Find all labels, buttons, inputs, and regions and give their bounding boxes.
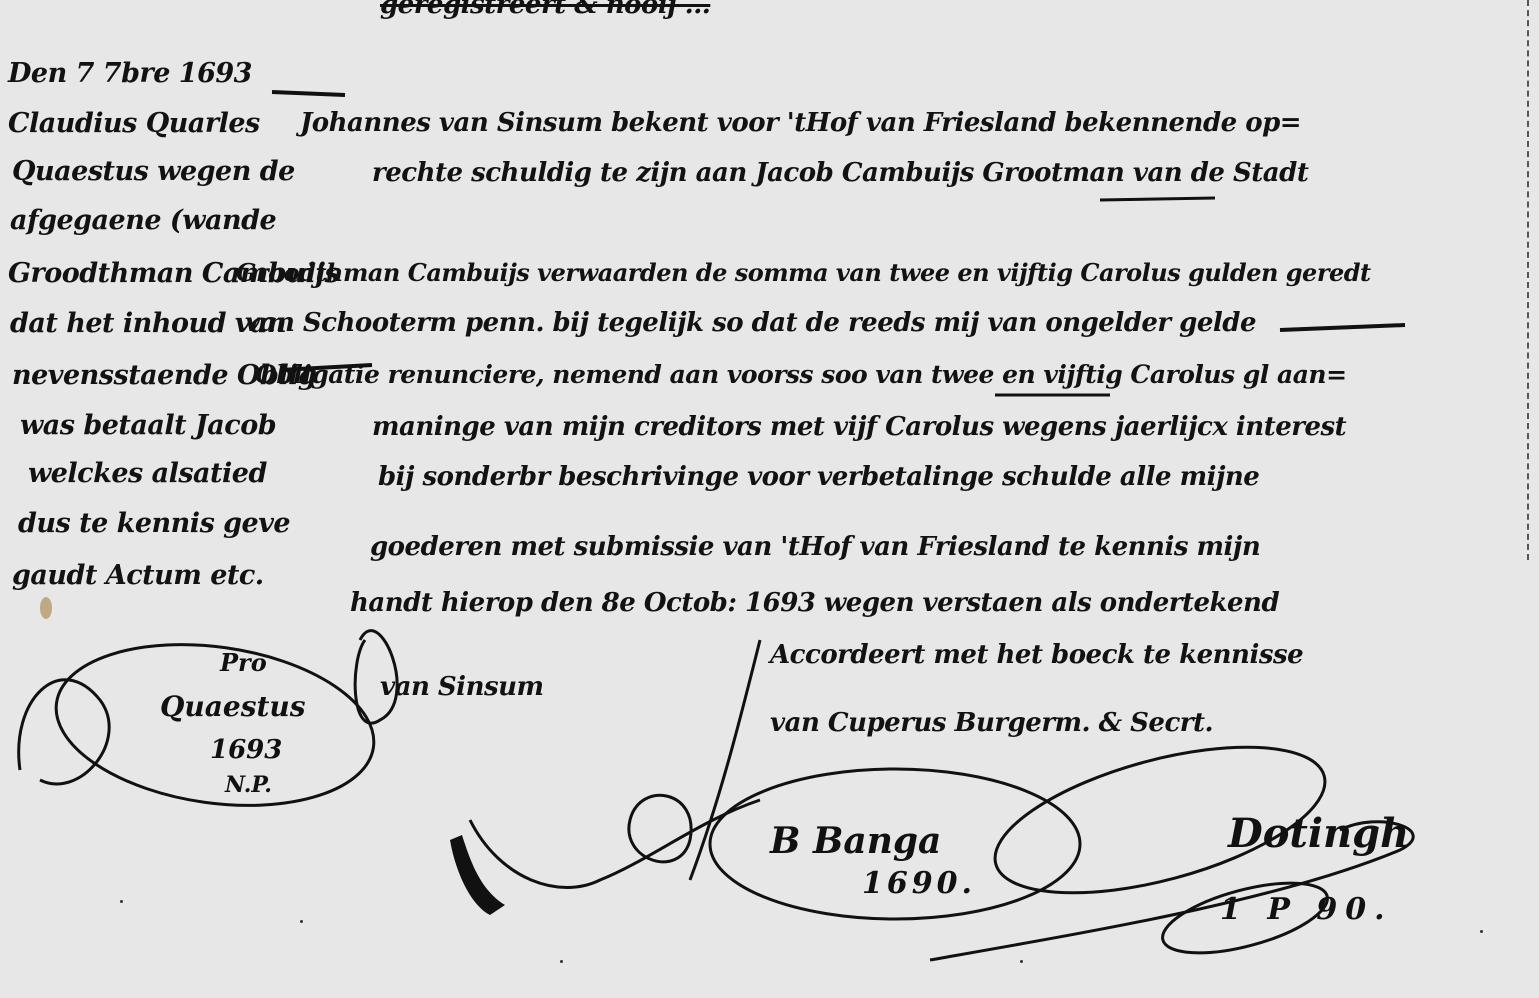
margin-line: afgegaene (wande (10, 205, 276, 236)
ink-speck (300, 920, 303, 923)
body-line: van Schooterm penn. bij tegelijk so dat … (245, 308, 1256, 338)
ink-speck (560, 960, 563, 963)
body-line: bij sonderbr beschrivinge voor verbetali… (378, 462, 1259, 492)
seal-text: Pro (220, 648, 267, 677)
margin-line: was betaalt Jacob (20, 410, 276, 441)
paper-stain (40, 597, 52, 619)
body-line: handt hierop den 8e Octob: 1693 wegen ve… (350, 588, 1279, 618)
header-fragment: geregistreert & nooij ... (380, 0, 710, 20)
attestation-line: van Cuperus Burgerm. & Secrt. (770, 708, 1213, 738)
margin-line: welckes alsatied (28, 458, 267, 489)
margin-line: Quaestus wegen de (12, 156, 295, 187)
ink-speck (1480, 930, 1483, 933)
body-line: Obligatie renunciere, nemend aan voorss … (255, 360, 1347, 389)
body-line: rechte schuldig te zijn aan Jacob Cambui… (372, 158, 1308, 188)
seal-text: 1690. (862, 866, 976, 901)
ink-speck (1020, 960, 1023, 963)
seal-text: N.P. (225, 772, 272, 798)
body-signature: van Sinsum (380, 672, 544, 702)
seal-text: Dotingh (1228, 810, 1409, 857)
body-line: goederen met submissie van 'tHof van Fri… (370, 532, 1260, 562)
document-page: geregistreert & nooij ... Den 7 7bre 169… (0, 0, 1539, 998)
margin-line: gaudt Actum etc. (12, 560, 264, 591)
page-edge (1527, 0, 1529, 560)
ink-speck (120, 900, 123, 903)
body-line: Johannes van Sinsum bekent voor 'tHof va… (300, 108, 1301, 138)
body-line: maninge van mijn creditors met vijf Caro… (372, 412, 1346, 442)
margin-line: dus te kennis geve (18, 508, 290, 539)
seal-text: 1 P 90. (1220, 892, 1393, 927)
body-line: Groodthman Cambuijs verwaarden de somma … (236, 258, 1371, 287)
seal-text: 1693 (210, 735, 282, 765)
seal-text: Quaestus (160, 690, 306, 723)
seal-text: B Banga (770, 820, 941, 862)
margin-line: Den 7 7bre 1693 (8, 58, 252, 89)
margin-line: Claudius Quarles (8, 108, 260, 139)
attestation-line: Accordeert met het boeck te kennisse (770, 640, 1303, 670)
